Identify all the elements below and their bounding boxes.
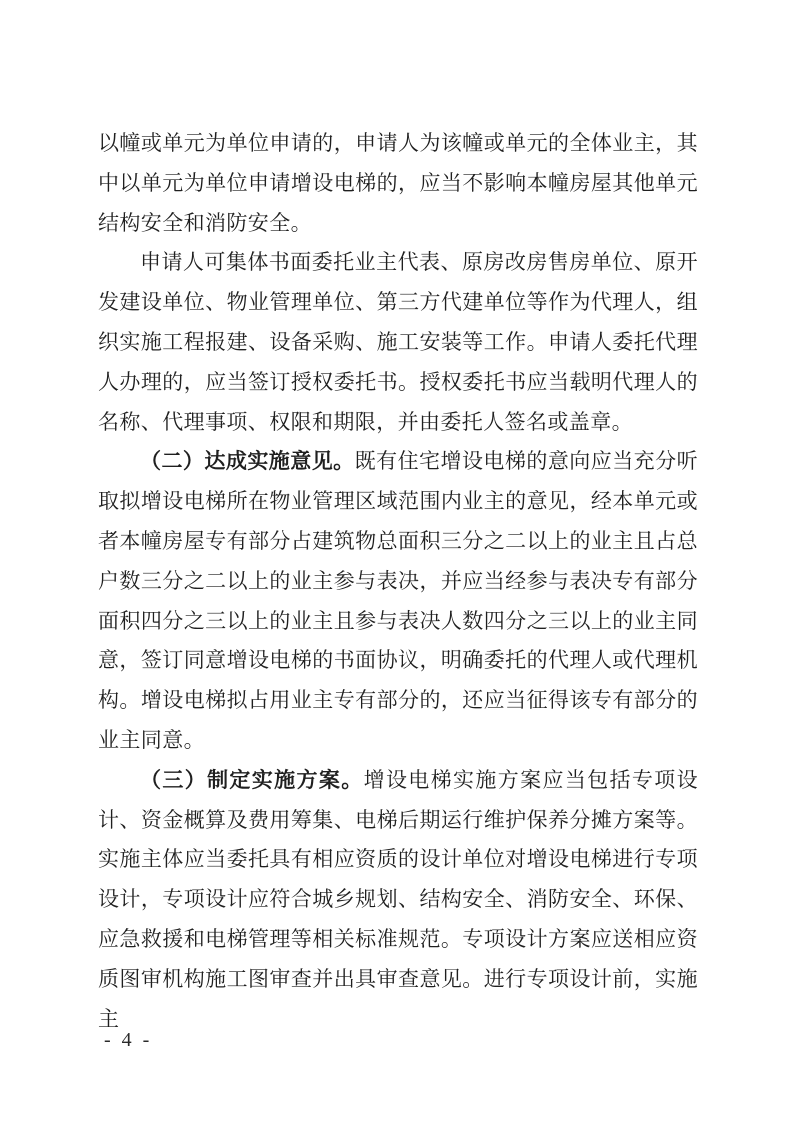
paragraph-text: 增设电梯实施方案应当包括专项设计、资金概算及费用筹集、电梯后期运行维护保养分摊方… — [98, 768, 698, 1031]
section-heading-2: （二）达成实施意见。 — [140, 449, 355, 473]
paragraph-text: 既有住宅增设电梯的意向应当充分听取拟增设电梯所在物业管理区域范围内业主的意见，经… — [98, 449, 698, 752]
paragraph: （二）达成实施意见。既有住宅增设电梯的意向应当充分听取拟增设电梯所在物业管理区域… — [98, 442, 698, 760]
paragraph: 以幢或单元为单位申请的，申请人为该幢或单元的全体业主，其中以单元为单位申请增设电… — [98, 124, 698, 243]
document-body: 以幢或单元为单位申请的，申请人为该幢或单元的全体业主，其中以单元为单位申请增设电… — [98, 124, 698, 1039]
page-number: - 4 - — [104, 1029, 152, 1052]
paragraph-text: 以幢或单元为单位申请的，申请人为该幢或单元的全体业主，其中以单元为单位申请增设电… — [98, 131, 698, 235]
paragraph: （三）制定实施方案。增设电梯实施方案应当包括专项设计、资金概算及费用筹集、电梯后… — [98, 761, 698, 1040]
paragraph: 申请人可集体书面委托业主代表、原房改房售房单位、原开发建设单位、物业管理单位、第… — [98, 243, 698, 442]
document-page: 以幢或单元为单位申请的，申请人为该幢或单元的全体业主，其中以单元为单位申请增设电… — [0, 0, 793, 1122]
section-heading-3: （三）制定实施方案。 — [140, 768, 364, 792]
paragraph-text: 申请人可集体书面委托业主代表、原房改房售房单位、原开发建设单位、物业管理单位、第… — [98, 250, 698, 433]
